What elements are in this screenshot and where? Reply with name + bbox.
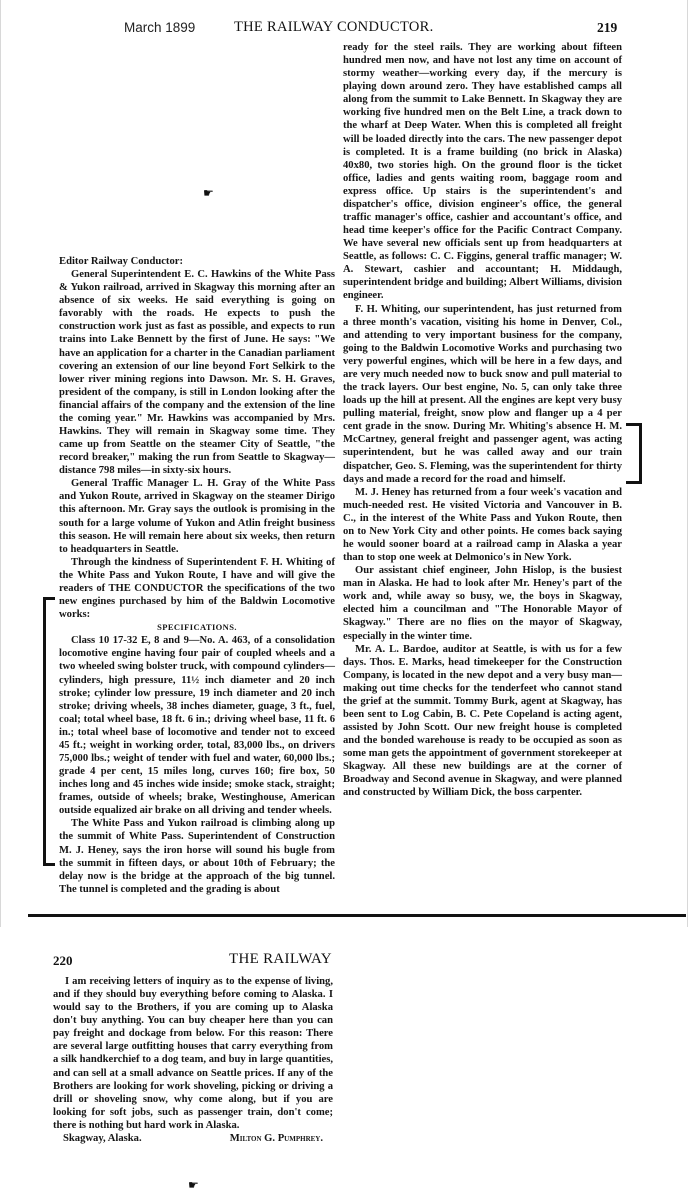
paragraph: Our assistant chief engineer, John Hislo…	[343, 564, 622, 642]
specifications-text: Class 10 17-32 E, 8 and 9—No. A. 463, of…	[59, 634, 335, 817]
paragraph: General Superintendent E. C. Hawkins of …	[59, 268, 335, 477]
paragraph: The White Pass and Yukon railroad is cli…	[59, 817, 335, 895]
page-number: 220	[53, 953, 73, 969]
paragraph: ready for the steel rails. They are work…	[343, 41, 622, 303]
journal-title: THE RAILWAY CONDUCTOR.	[234, 19, 434, 36]
signature-place: Skagway, Alaska.	[63, 1132, 142, 1145]
paragraph: M. J. Heney has returned from a four wee…	[343, 486, 622, 564]
issue-date: March 1899	[124, 20, 195, 35]
pointing-hand-ornament-icon: ☛	[203, 186, 214, 200]
signature-line: Skagway, Alaska. Milton G. Pumphrey.	[53, 1132, 333, 1145]
signature-name: Milton G. Pumphrey.	[230, 1132, 323, 1145]
paragraph: F. H. Whiting, our superintendent, has j…	[343, 303, 622, 486]
specifications-heading: SPECIFICATIONS.	[59, 621, 335, 634]
pointing-hand-ornament-icon: ☛	[188, 1178, 199, 1192]
salutation: Editor Railway Conductor:	[59, 255, 335, 268]
page-number: 219	[597, 20, 617, 36]
paragraph: Through the kindness of Superintendent F…	[59, 556, 335, 621]
journal-title: THE RAILWAY	[229, 951, 332, 968]
margin-bracket-mark	[626, 423, 642, 484]
paragraph: Mr. A. L. Bardoe, auditor at Seattle, is…	[343, 643, 622, 800]
paragraph: I am receiving letters of inquiry as to …	[53, 975, 333, 1132]
left-column: Editor Railway Conductor: General Superi…	[59, 255, 335, 896]
page-220-column: I am receiving letters of inquiry as to …	[53, 975, 333, 1145]
page-bottom-rule	[28, 914, 686, 917]
right-column: ready for the steel rails. They are work…	[343, 41, 622, 800]
paragraph: General Traffic Manager L. H. Gray of th…	[59, 477, 335, 555]
margin-bracket-mark	[43, 597, 55, 866]
